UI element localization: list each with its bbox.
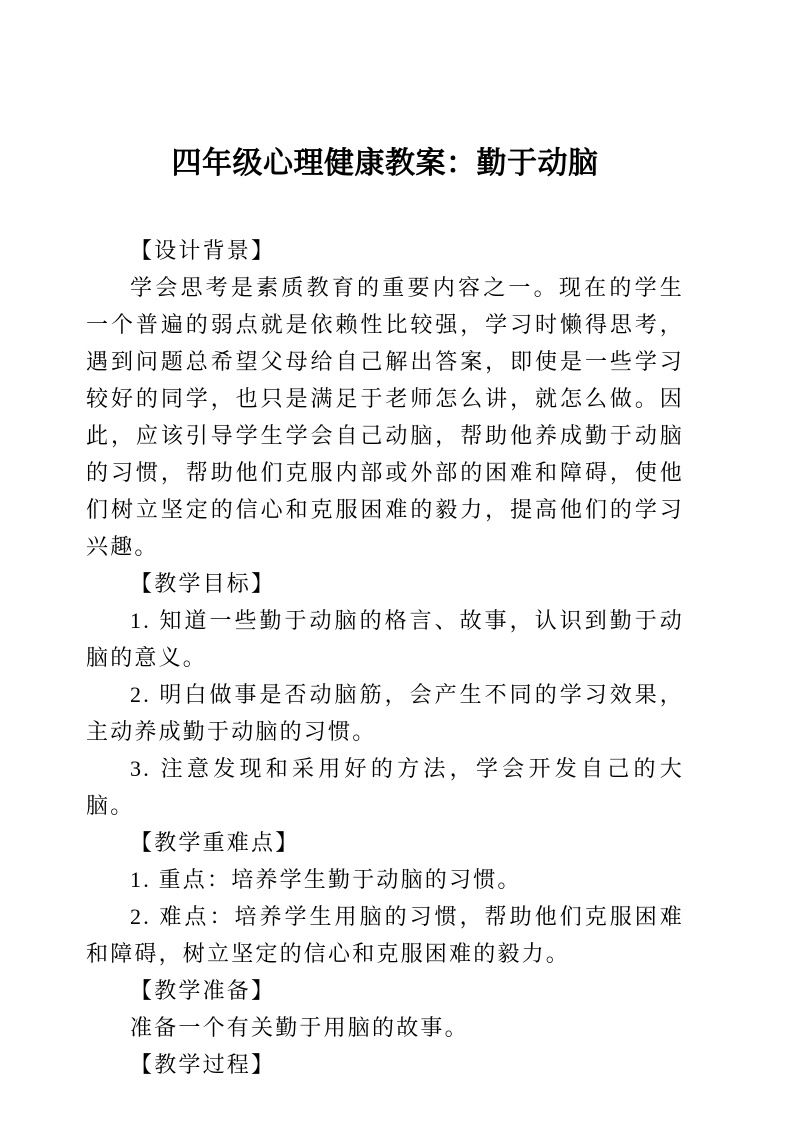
paragraph-key-point: 1. 重点：培养学生勤于动脑的习惯。 — [86, 861, 684, 898]
section-heading-teaching-preparation: 【教学准备】 — [86, 972, 684, 1009]
section-teaching-preparation: 【教学准备】 准备一个有关勤于用脑的故事。 — [86, 972, 684, 1046]
paragraph-goal-2: 2. 明白做事是否动脑筋，会产生不同的学习效果，主动养成勤于动脑的习惯。 — [86, 676, 684, 750]
section-design-background: 【设计背景】 学会思考是素质教育的重要内容之一。现在的学生一个普遍的弱点就是依赖… — [86, 232, 684, 565]
section-heading-teaching-process: 【教学过程】 — [86, 1046, 684, 1083]
paragraph-difficult-point: 2. 难点：培养学生用脑的习惯，帮助他们克服困难和障碍，树立坚定的信心和克服困难… — [86, 898, 684, 972]
paragraph-preparation: 准备一个有关勤于用脑的故事。 — [86, 1009, 684, 1046]
document-title: 四年级心理健康教案：勤于动脑 — [86, 142, 684, 186]
document-page: 四年级心理健康教案：勤于动脑 【设计背景】 学会思考是素质教育的重要内容之一。现… — [0, 0, 793, 1122]
document-content: 四年级心理健康教案：勤于动脑 【设计背景】 学会思考是素质教育的重要内容之一。现… — [86, 142, 684, 1083]
section-heading-teaching-goals: 【教学目标】 — [86, 565, 684, 602]
section-teaching-process: 【教学过程】 — [86, 1046, 684, 1083]
paragraph-goal-1: 1. 知道一些勤于动脑的格言、故事，认识到勤于动脑的意义。 — [86, 602, 684, 676]
section-teaching-goals: 【教学目标】 1. 知道一些勤于动脑的格言、故事，认识到勤于动脑的意义。 2. … — [86, 565, 684, 824]
paragraph-goal-3: 3. 注意发现和采用好的方法，学会开发自己的大脑。 — [86, 750, 684, 824]
section-heading-key-difficult-points: 【教学重难点】 — [86, 824, 684, 861]
paragraph-design-background: 学会思考是素质教育的重要内容之一。现在的学生一个普遍的弱点就是依赖性比较强，学习… — [86, 269, 684, 565]
section-key-difficult-points: 【教学重难点】 1. 重点：培养学生勤于动脑的习惯。 2. 难点：培养学生用脑的… — [86, 824, 684, 972]
section-heading-design-background: 【设计背景】 — [86, 232, 684, 269]
